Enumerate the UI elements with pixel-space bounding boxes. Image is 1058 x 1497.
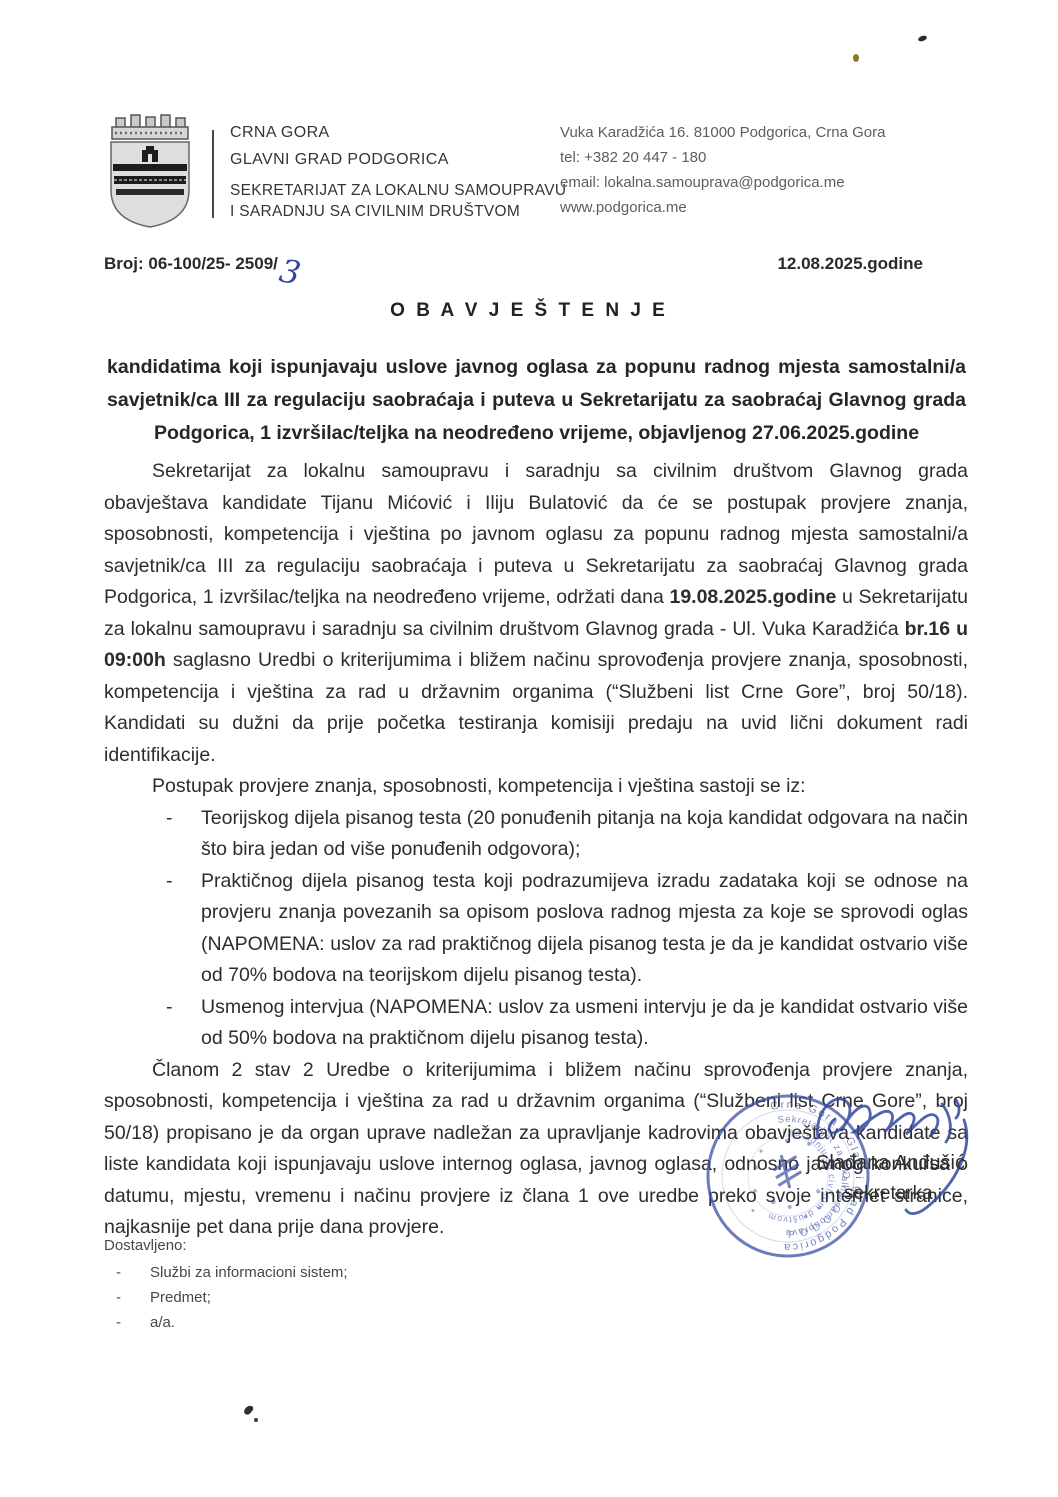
distribution-item-1: Službi za informacioni sistem; — [150, 1260, 348, 1285]
footer-dash: - — [104, 1285, 150, 1310]
document-page: CRNA GORA GLAVNI GRAD PODGORICA SEKRETAR… — [0, 0, 1058, 1497]
contact-email: email: lokalna.samouprava@podgorica.me — [560, 170, 885, 195]
bullet-text-interview: Usmenog intervjua (NAPOMENA: uslov za us… — [201, 992, 968, 1055]
podgorica-coat-of-arms-icon — [104, 112, 196, 230]
document-subtitle: kandidatima koji ispunjavaju uslove javn… — [107, 351, 966, 450]
scan-speck — [254, 1418, 258, 1422]
bullet-dash: - — [166, 866, 201, 992]
org-department-line2: I SARADNJU SA CIVILNIM DRUŠTVOM — [230, 201, 566, 222]
bullet-dash: - — [166, 992, 201, 1055]
signatory-name: Slađana Anđušić — [816, 1152, 965, 1175]
reference-row: Broj: 06-100/25- 2509/ 3 12.08.2025.godi… — [104, 254, 967, 274]
footer-dash: - — [104, 1260, 150, 1285]
org-block: CRNA GORA GLAVNI GRAD PODGORICA SEKRETAR… — [230, 124, 566, 222]
scan-speck — [853, 54, 859, 62]
bullet-text-theory: Teorijskog dijela pisanog testa (20 ponu… — [201, 803, 968, 866]
reference-number: Broj: 06-100/25- 2509/ 3 — [104, 254, 278, 274]
signature-block: Crna Gora · Glavni grad Podgorica Sekret… — [700, 1086, 1020, 1276]
distribution-item-2: Predmet; — [150, 1285, 211, 1310]
signatory-role: sekretarka — [844, 1183, 933, 1205]
scan-speck — [917, 35, 927, 43]
list-item: - Praktičnog dijela pisanog testa koji p… — [166, 866, 968, 992]
document-date: 12.08.2025.godine — [777, 254, 923, 274]
contact-website: www.podgorica.me — [560, 195, 885, 220]
list-item: - Službi za informacioni sistem; — [104, 1260, 348, 1285]
list-item: - a/a. — [104, 1310, 348, 1335]
header-divider — [212, 130, 214, 218]
org-country: CRNA GORA — [230, 124, 566, 142]
footer-dash: - — [104, 1310, 150, 1335]
header-left: CRNA GORA GLAVNI GRAD PODGORICA SEKRETAR… — [104, 112, 566, 230]
org-city: GLAVNI GRAD PODGORICA — [230, 151, 566, 169]
list-item: - Teorijskog dijela pisanog testa (20 po… — [166, 803, 968, 866]
bullet-dash: - — [166, 803, 201, 866]
paragraph-2: Postupak provjere znanja, sposobnosti, k… — [104, 771, 968, 803]
contact-block: Vuka Karadžića 16. 81000 Podgorica, Crna… — [560, 120, 885, 220]
reference-number-text: Broj: 06-100/25- 2509/ — [104, 254, 278, 273]
scan-speck — [243, 1404, 254, 1416]
p1-text-c: saglasno Uredbi o kriterijumima i bližem… — [104, 649, 968, 766]
p1-bold-date: 19.08.2025.godine — [669, 586, 836, 608]
distribution-item-3: a/a. — [150, 1310, 175, 1335]
bullet-text-practical: Praktičnog dijela pisanog testa koji pod… — [201, 866, 968, 992]
contact-address: Vuka Karadžića 16. 81000 Podgorica, Crna… — [560, 120, 885, 145]
list-item: - Usmenog intervjua (NAPOMENA: uslov za … — [166, 992, 968, 1055]
contact-phone: tel: +382 20 447 - 180 — [560, 145, 885, 170]
list-item: - Predmet; — [104, 1285, 348, 1310]
distribution-list: Dostavljeno: - Službi za informacioni si… — [104, 1237, 348, 1335]
distribution-label: Dostavljeno: — [104, 1237, 348, 1254]
document-title: O B A V J E Š T E N J E — [0, 300, 1058, 322]
bullet-list: - Teorijskog dijela pisanog testa (20 po… — [166, 803, 968, 1055]
handwritten-number: 3 — [276, 254, 303, 290]
org-department-line1: SEKRETARIJAT ZA LOKALNU SAMOUPRAVU — [230, 180, 566, 201]
paragraph-1: Sekretarijat za lokalnu samoupravu i sar… — [104, 456, 968, 771]
